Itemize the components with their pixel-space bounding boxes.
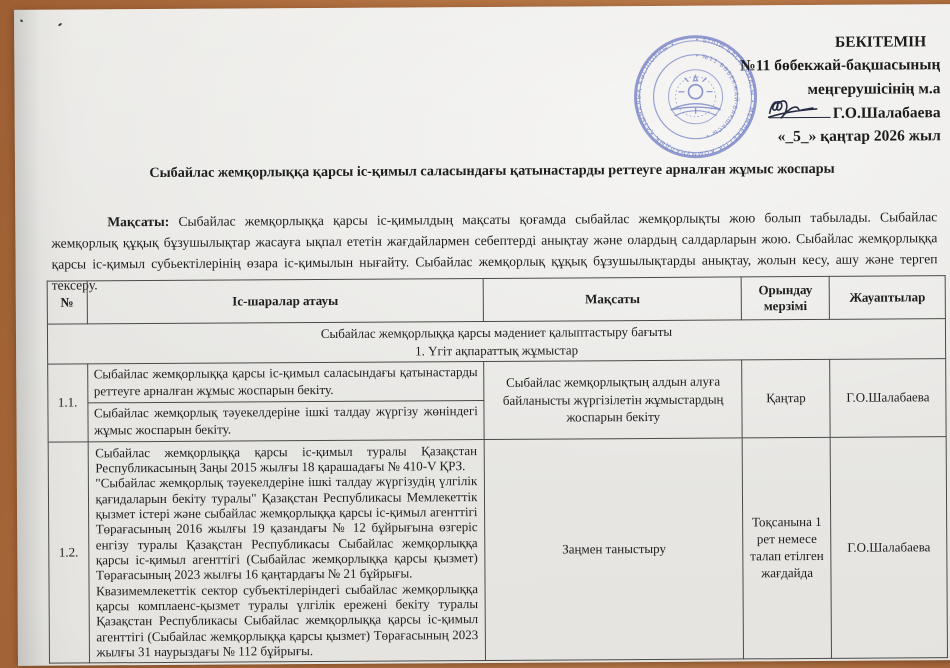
paper-sheet: • БІЛІМ БАСҚАРМАСЫ • МЕМЛЕКЕТТІК КОММУНА… <box>14 4 950 666</box>
activity-text: Сыбайлас жемқорлық тәуекелдеріне ішкі та… <box>87 400 484 441</box>
responsible-text: Г.О.Шалабаева <box>830 359 946 437</box>
responsible-text: Г.О.Шалабаева <box>830 436 947 658</box>
section-row: Сыбайлас жемқорлыққа қарсы мәдениет қалы… <box>47 319 945 365</box>
activity-text: Сыбайлас жемқорлыққа қарсы іс-қимыл тура… <box>88 439 486 663</box>
paper-mark <box>20 19 24 22</box>
signature-underline <box>769 101 831 118</box>
signature-line: Г.О.Шалабаева <box>611 100 941 126</box>
col-header-activity: Іс-шаралар атауы <box>87 279 484 324</box>
goal-text: Заңмен таныстыру <box>485 438 744 661</box>
term-text: Қаңтар <box>742 359 830 437</box>
approval-stamp-word: БЕКІТЕМІН <box>610 30 940 55</box>
handwritten-signature <box>767 93 831 123</box>
col-header-number: № <box>47 281 87 324</box>
goal-text: Сыбайлас жемқорлықтың алдын алуға байлан… <box>484 360 742 439</box>
approval-date: «_5_» қаңтар 2026 жыл <box>611 124 941 149</box>
col-header-responsible: Жауаптылар <box>829 276 945 320</box>
activity-text: Сыбайлас жемқорлыққа қарсы іс-қимыл сала… <box>87 362 484 403</box>
table-row: 1.1. Сыбайлас жемқорлыққа қарсы іс-қимыл… <box>48 359 946 403</box>
table-row: 1.2. Сыбайлас жемқорлыққа қарсы іс-қимыл… <box>48 436 947 663</box>
row-number: 1.2. <box>48 442 89 664</box>
organization-name: №11 бөбекжай-бақшасының <box>610 53 940 78</box>
col-header-term: Орындау мерзімі <box>741 276 829 320</box>
document-content: • БІЛІМ БАСҚАРМАСЫ • МЕМЛЕКЕТТІК КОММУНА… <box>14 4 950 666</box>
term-text: Тоқсанына 1 рет немесе талап етілген жағ… <box>742 437 831 659</box>
approval-block: БЕКІТЕМІН №11 бөбекжай-бақшасының меңгер… <box>610 30 941 149</box>
document-title: Сыбайлас жемқорлыққа қарсы іс-қимыл сала… <box>55 160 929 182</box>
photographed-document: • БІЛІМ БАСҚАРМАСЫ • МЕМЛЕКЕТТІК КОММУНА… <box>0 0 950 668</box>
section-title-cell: Сыбайлас жемқорлыққа қарсы мәдениет қалы… <box>47 319 945 365</box>
signer-name: Г.О.Шалабаева <box>833 104 941 122</box>
purpose-label: Мақсаты: <box>107 214 169 229</box>
row-number: 1.1. <box>48 364 88 442</box>
paper-mark <box>58 23 62 27</box>
work-plan-table: № Іс-шаралар атауы Мақсаты Орындау мерзі… <box>47 275 948 664</box>
col-header-goal: Мақсаты <box>484 277 742 322</box>
table-header-row: № Іс-шаралар атауы Мақсаты Орындау мерзі… <box>47 276 945 324</box>
